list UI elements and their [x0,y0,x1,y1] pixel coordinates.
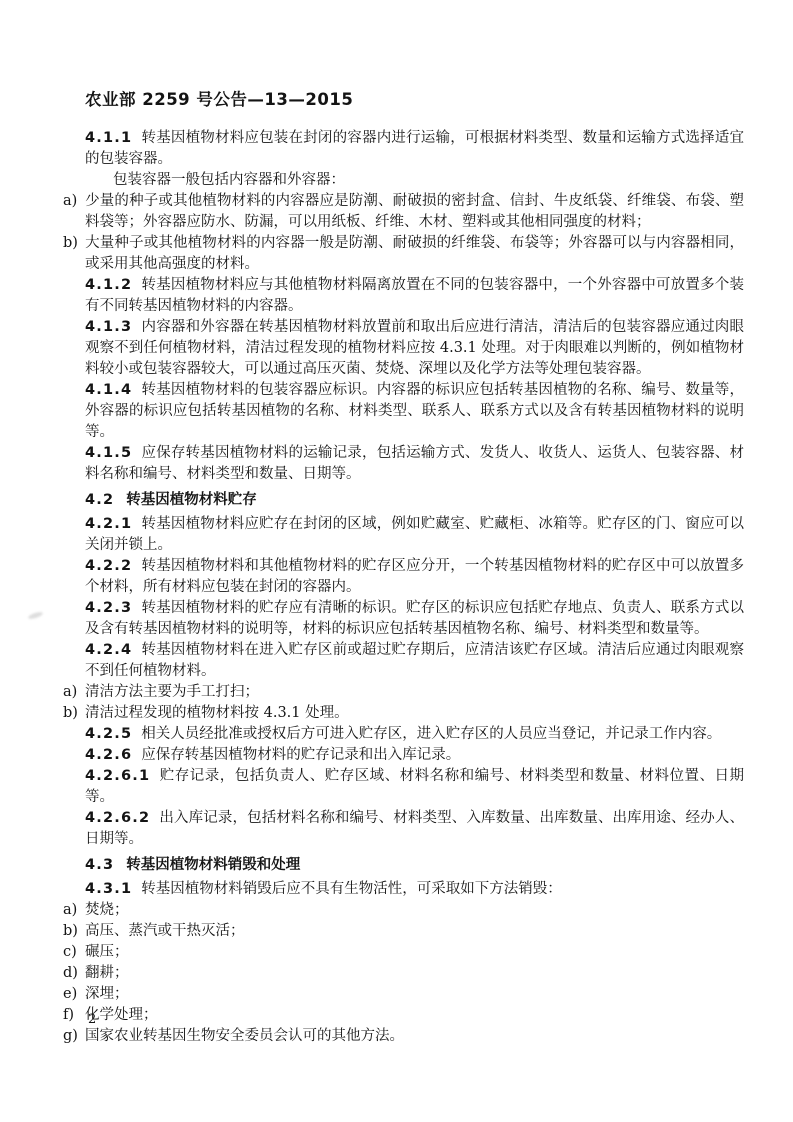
clause-number: 4.2.6 [85,747,132,763]
list-item-b: b)大量种子或其他植物材料的内容器一般是防潮、耐破损的纤维袋、布袋等；外容器可以… [85,233,744,275]
clause-text: 转基因植物材料的贮存应有清晰的标识。贮存区的标识应包括贮存地点、负责人、联系方式… [85,600,744,637]
list-marker: a) [63,191,85,212]
clause-text: 转基因植物材料应贮存在封闭的区域，例如贮藏室、贮藏柜、冰箱等。贮存区的门、窗应可… [85,516,744,553]
list-item-a: a)清洁方法主要为手工打扫； [85,682,744,703]
document-page: 农业部 2259 号公告—13—2015 4.1.1转基因植物材料应包装在封闭的… [0,0,793,1122]
list-item-a: a)焚烧； [85,900,744,921]
clause-number: 4.2.6.1 [85,768,150,784]
clause-text: 贮存记录，包括负责人、贮存区域、材料名称和编号、材料类型和数量、材料位置、日期等… [85,768,744,805]
clause-number: 4.2.6.2 [85,810,150,826]
list-item-d: d)翻耕； [85,963,744,984]
clause-text: 内容器和外容器在转基因植物材料放置前和取出后应进行清洁，清洁后的包装容器应通过肉… [85,319,744,377]
clause-text: 转基因植物材料和其他植物材料的贮存区应分开，一个转基因植物材料的贮存区中可以放置… [85,558,744,595]
clause-text: 出入库记录，包括材料名称和编号、材料类型、入库数量、出库数量、出库用途、经办人、… [85,810,744,847]
sub-paragraph-text: 包装容器一般包括内容器和外容器： [113,172,345,188]
scan-artifact [28,611,44,620]
clause-text: 转基因植物材料销毁后应不具有生物活性，可采取如下方法销毁： [141,881,562,897]
list-marker: a) [63,682,85,703]
clause-number: 4.1.3 [85,319,132,335]
heading-number: 4.3 [85,857,114,873]
clause-text: 应保存转基因植物材料的贮存记录和出入库记录。 [141,747,460,763]
list-marker: c) [63,942,85,963]
clause-4.2.6.1: 4.2.6.1贮存记录，包括负责人、贮存区域、材料名称和编号、材料类型和数量、材… [85,766,744,808]
clause-text: 转基因植物材料的包装容器应标识。内容器的标识应包括转基因植物的名称、编号、数量等… [85,382,744,440]
clause-number: 4.1.4 [85,382,132,398]
clause-text: 应保存转基因植物材料的运输记录，包括运输方式、发货人、收货人、运货人、包装容器、… [85,445,744,482]
clause-number: 4.3.1 [85,881,132,897]
clause-number: 4.1.1 [85,130,132,146]
list-marker: e) [63,984,85,1005]
list-marker: b) [63,233,85,254]
clause-number: 4.2.2 [85,558,132,574]
list-item-text: 少量的种子或其他植物材料的内容器应是防潮、耐破损的密封盒、信封、牛皮纸袋、纤维袋… [85,193,744,230]
clause-4.1.4: 4.1.4转基因植物材料的包装容器应标识。内容器的标识应包括转基因植物的名称、编… [85,380,744,443]
page-number: 2 [88,1012,97,1027]
clause-number: 4.2.3 [85,600,132,616]
section-heading-4.3: 4.3转基因植物材料销毁和处理 [85,855,744,876]
clause-4.3.1: 4.3.1转基因植物材料销毁后应不具有生物活性，可采取如下方法销毁： [85,879,744,900]
clause-number: 4.2.5 [85,726,132,742]
list-item-text: 碾压； [85,944,129,960]
list-item-text: 大量种子或其他植物材料的内容器一般是防潮、耐破损的纤维袋、布袋等；外容器可以与内… [85,235,744,272]
list-item-b: b)高压、蒸汽或干热灭活； [85,921,744,942]
clause-4.2.1: 4.2.1转基因植物材料应贮存在封闭的区域，例如贮藏室、贮藏柜、冰箱等。贮存区的… [85,514,744,556]
clause-text: 转基因植物材料在进入贮存区前或超过贮存期后，应清洁该贮存区域。清洁后应通过肉眼观… [85,642,744,679]
document-body: 4.1.1转基因植物材料应包装在封闭的容器内进行运输，可根据材料类型、数量和运输… [85,128,744,1047]
list-marker: b) [63,703,85,724]
list-item-c: c)碾压； [85,942,744,963]
clause-text: 转基因植物材料应包装在封闭的容器内进行运输，可根据材料类型、数量和运输方式选择适… [85,130,744,167]
list-marker: f) [63,1005,85,1026]
list-item-text: 清洁方法主要为手工打扫； [85,684,259,700]
list-item-text: 翻耕； [85,965,129,981]
list-marker: g) [63,1026,85,1047]
list-item-text: 清洁过程发现的植物材料按 4.3.1 处理。 [85,705,349,721]
clause-4.1.1: 4.1.1转基因植物材料应包装在封闭的容器内进行运输，可根据材料类型、数量和运输… [85,128,744,170]
list-item-text: 国家农业转基因生物安全委员会认可的其他方法。 [85,1028,404,1044]
list-item-text: 焚烧； [85,902,129,918]
heading-number: 4.2 [85,492,114,508]
clause-4.2.6.2: 4.2.6.2出入库记录，包括材料名称和编号、材料类型、入库数量、出库数量、出库… [85,808,744,850]
list-item-f: f)化学处理； [85,1005,744,1026]
clause-4.2.4: 4.2.4转基因植物材料在进入贮存区前或超过贮存期后，应清洁该贮存区域。清洁后应… [85,640,744,682]
list-item-text: 深埋； [85,986,129,1002]
clause-number: 4.1.2 [85,277,132,293]
clause-4.2.3: 4.2.3转基因植物材料的贮存应有清晰的标识。贮存区的标识应包括贮存地点、负责人… [85,598,744,640]
list-marker: b) [63,921,85,942]
clause-text: 转基因植物材料应与其他植物材料隔离放置在不同的包装容器中，一个外容器中可放置多个… [85,277,744,314]
heading-text: 转基因植物材料销毁和处理 [126,857,300,873]
sub-paragraph: 包装容器一般包括内容器和外容器： [85,170,744,191]
running-header: 农业部 2259 号公告—13—2015 [85,86,353,110]
clause-4.2.5: 4.2.5相关人员经批准或授权后方可进入贮存区，进入贮存区的人员应当登记，并记录… [85,724,744,745]
clause-4.1.5: 4.1.5应保存转基因植物材料的运输记录，包括运输方式、发货人、收货人、运货人、… [85,443,744,485]
list-item-e: e)深埋； [85,984,744,1005]
clause-4.1.2: 4.1.2转基因植物材料应与其他植物材料隔离放置在不同的包装容器中，一个外容器中… [85,275,744,317]
list-marker: a) [63,900,85,921]
clause-4.2.2: 4.2.2转基因植物材料和其他植物材料的贮存区应分开，一个转基因植物材料的贮存区… [85,556,744,598]
section-heading-4.2: 4.2转基因植物材料贮存 [85,490,744,511]
clause-number: 4.2.4 [85,642,132,658]
clause-text: 相关人员经批准或授权后方可进入贮存区，进入贮存区的人员应当登记，并记录工作内容。 [141,726,721,742]
clause-4.2.6: 4.2.6应保存转基因植物材料的贮存记录和出入库记录。 [85,745,744,766]
list-item-g: g)国家农业转基因生物安全委员会认可的其他方法。 [85,1026,744,1047]
list-item-a: a)少量的种子或其他植物材料的内容器应是防潮、耐破损的密封盒、信封、牛皮纸袋、纤… [85,191,744,233]
list-item-b: b)清洁过程发现的植物材料按 4.3.1 处理。 [85,703,744,724]
clause-number: 4.1.5 [85,445,132,461]
clause-number: 4.2.1 [85,516,132,532]
heading-text: 转基因植物材料贮存 [126,492,257,508]
list-item-text: 高压、蒸汽或干热灭活； [85,923,245,939]
clause-4.1.3: 4.1.3内容器和外容器在转基因植物材料放置前和取出后应进行清洁，清洁后的包装容… [85,317,744,380]
list-marker: d) [63,963,85,984]
